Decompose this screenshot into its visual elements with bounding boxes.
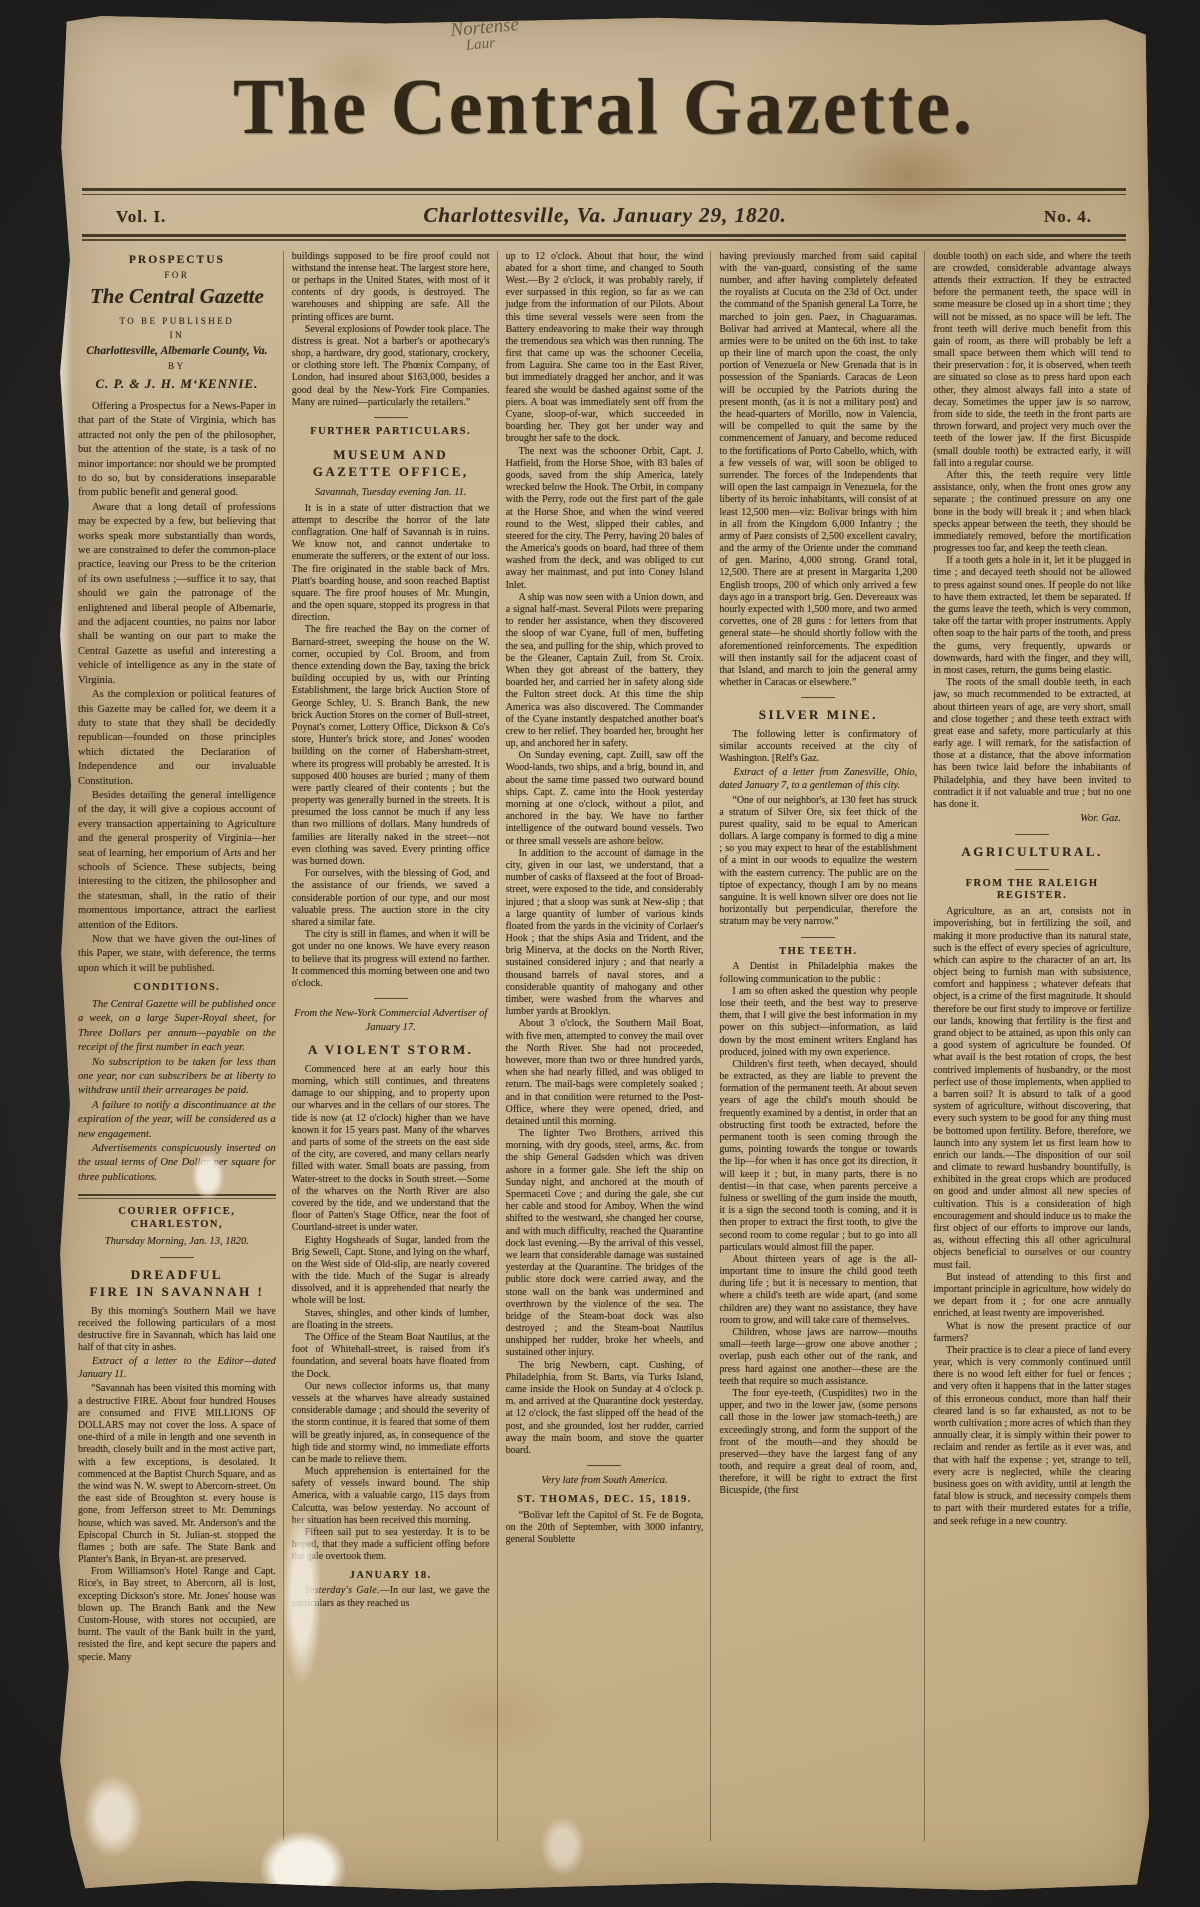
article-byline: Extract of a letter to the Editor—dated … [78, 1356, 276, 1381]
article-paragraph: It is in a state of utter distraction th… [292, 503, 490, 625]
article-paragraph: The next was the schooner Orbit, Capt. J… [506, 446, 704, 592]
article-heading: AGRICULTURAL. [933, 843, 1131, 861]
article-paragraph: On Sunday evening, capt. Zuill, saw off … [506, 750, 704, 848]
article-columns: PROSPECTUSFORThe Central GazetteTO BE PU… [70, 251, 1138, 1841]
column-5: double tooth) on each side, and where th… [924, 251, 1138, 1841]
article-heading: Charlottesville, Albemarle County, Va. [78, 344, 276, 358]
article-subheading: ST. THOMAS, DEC. 15, 1819. [506, 1494, 704, 1507]
article-heading: SILVER MINE. [719, 706, 917, 724]
article-paragraph: Agriculture, as an art, consists not in … [933, 906, 1131, 1272]
article-paragraph: A failure to notify a discontinuance at … [78, 1099, 276, 1142]
column-3: up to 12 o'clock. About that hour, the w… [497, 251, 711, 1841]
article-byline: From the New-York Commercial Advertiser … [292, 1007, 490, 1034]
article-paragraph: Besides detailing the general intelligen… [78, 789, 276, 933]
article-paragraph: The fire reached the Bay on the corner o… [292, 624, 490, 868]
column-4: having previously marched from said capi… [710, 251, 924, 1841]
article-paragraph: About 3 o'clock, the Southern Mail Boat,… [506, 1018, 704, 1128]
article-subheading: JANUARY 18. [292, 1570, 490, 1583]
article-paragraph: Now that we have given the out-lines of … [78, 933, 276, 976]
section-divider [78, 1194, 276, 1199]
article-heading: A VIOLENT STORM. [292, 1041, 490, 1059]
section-divider [801, 937, 835, 938]
prospectus-title: The Central Gazette [78, 284, 276, 310]
masthead: The Central Gazette. Vol. I. Charlottesv… [58, 66, 1150, 241]
article-heading: TO BE PUBLISHED [78, 316, 276, 327]
article-paragraph: As the complexion or political features … [78, 688, 276, 789]
section-divider [1015, 834, 1049, 835]
handwritten-line: Laur [465, 34, 521, 54]
section-divider [374, 998, 408, 999]
article-paragraph: The Office of the Steam Boat Nautilus, a… [292, 1332, 490, 1381]
article-paragraph: Our news collector informs us, that many… [292, 1381, 490, 1466]
article-subheading: THE TEETH. [719, 946, 917, 959]
section-divider [160, 1257, 194, 1258]
article-subheading: COURIER OFFICE, CHARLESTON, [78, 1206, 276, 1232]
article-byline: Extract of a letter from Zanesville, Ohi… [719, 767, 917, 792]
masthead-rule [82, 234, 1126, 241]
article-heading: PROSPECTUS [78, 253, 276, 267]
article-paragraph: The four eye-teeth, (Cuspidites) two in … [719, 1388, 917, 1498]
article-paragraph: Advertisements conspicuously inserted on… [78, 1142, 276, 1185]
article-paragraph: Staves, shingles, and other kinds of lum… [292, 1308, 490, 1332]
article-paragraph: Several explosions of Powder took place.… [292, 324, 490, 409]
article-paragraph: About thirteen years of age is the all-i… [719, 1254, 917, 1327]
article-paragraph: The brig Newbern, capt. Cushing, of Phil… [506, 1360, 704, 1458]
article-paragraph: “Bolivar left the Capitol of St. Fe de B… [506, 1510, 704, 1547]
column-1: PROSPECTUSFORThe Central GazetteTO BE PU… [70, 251, 283, 1841]
article-paragraph: For ourselves, with the blessing of God,… [292, 868, 490, 929]
article-paragraph: If a tooth gets a hole in it, let it be … [933, 555, 1131, 677]
article-heading: BY [78, 361, 276, 372]
masthead-rule [82, 188, 1126, 195]
section-divider [587, 1465, 621, 1466]
article-subheading: CONDITIONS. [78, 982, 276, 995]
article-subheading: FURTHER PARTICULARS. [292, 426, 490, 439]
column-2: buildings supposed to be fire proof coul… [283, 251, 497, 1841]
scan-background: Nortense Laur The Central Gazette. Vol. … [0, 0, 1200, 1907]
section-divider [801, 697, 835, 698]
dateline-row: Vol. I. Charlottesville, Va. January 29,… [76, 195, 1132, 234]
article-paragraph: having previously marched from said capi… [719, 251, 917, 690]
article-paragraph: A Dentist in Philadelphia makes the foll… [719, 961, 917, 985]
article-paragraph: Children's first teeth, when decayed, sh… [719, 1059, 917, 1254]
article-paragraph: Aware that a long detail of professions … [78, 501, 276, 688]
issue-number: No. 4. [1044, 207, 1092, 227]
article-heading: IN [78, 330, 276, 341]
article-paragraph: “One of our neighbor's, at 130 feet has … [719, 795, 917, 929]
article-paragraph: “Savannah has been visited this morning … [78, 1383, 276, 1566]
article-paragraph: Much apprehension is entertained for the… [292, 1466, 490, 1527]
article-heading: MUSEUM AND GAZETTE OFFICE, [292, 446, 490, 481]
publisher-name: C. P. & J. H. M‘KENNIE. [78, 376, 276, 392]
article-paragraph: Their practice is to clear a piece of la… [933, 1345, 1131, 1528]
article-paragraph: But instead of attending to this first a… [933, 1272, 1131, 1321]
article-paragraph: The Central Gazette will be published on… [78, 998, 276, 1056]
article-paragraph: Offering a Prospectus for a News-Paper i… [78, 400, 276, 501]
article-paragraph: From Williamson's Hotel Range and Capt. … [78, 1566, 276, 1664]
article-paragraph: The lighter Two Brothers, arrived this m… [506, 1128, 704, 1360]
article-attribution: Wor. Gaz. [933, 813, 1131, 826]
article-paragraph: buildings supposed to be fire proof coul… [292, 251, 490, 324]
dateline: Charlottesville, Va. January 29, 1820. [423, 203, 787, 228]
article-paragraph: Eighty Hogsheads of Sugar, landed from t… [292, 1235, 490, 1308]
article-byline: Very late from South America. [506, 1474, 704, 1488]
section-divider [1015, 869, 1049, 870]
article-paragraph: The city is still in flames, and when it… [292, 929, 490, 990]
article-paragraph: By this morning's Southern Mail we have … [78, 1306, 276, 1355]
article-paragraph: Children, whose jaws are narrow—mouths s… [719, 1327, 917, 1388]
article-paragraph: Commenced here at an early hour this mor… [292, 1064, 490, 1235]
volume-label: Vol. I. [116, 207, 166, 227]
article-heading: FOR [78, 270, 276, 281]
article-paragraph: No subscription to be taken for less tha… [78, 1056, 276, 1099]
newspaper-page: Nortense Laur The Central Gazette. Vol. … [58, 16, 1150, 1892]
article-paragraph: A ship was now seen with a Union down, a… [506, 592, 704, 750]
section-divider [374, 417, 408, 418]
article-subheading: FROM THE RALEIGH REGISTER. [933, 878, 1131, 904]
handwritten-inscription: Nortense Laur [450, 15, 521, 55]
article-heading: DREADFULFIRE IN SAVANNAH ! [78, 1266, 276, 1301]
article-paragraph: Fifteen sail put to sea yesterday. It is… [292, 1527, 490, 1564]
article-paragraph: After this, the teeth require very littl… [933, 470, 1131, 555]
article-paragraph: Yesterday's Gale.—In our last, we gave t… [292, 1585, 490, 1609]
article-byline: Thursday Morning, Jan. 13, 1820. [78, 1235, 276, 1249]
newspaper-title: The Central Gazette. [76, 64, 1132, 152]
article-paragraph: The roots of the small double teeth, in … [933, 677, 1131, 811]
article-paragraph: I am so often asked the question why peo… [719, 986, 917, 1059]
article-paragraph: The following letter is confirmatory of … [719, 729, 917, 766]
article-paragraph: up to 12 o'clock. About that hour, the w… [506, 251, 704, 446]
article-paragraph: In addition to the account of damage in … [506, 848, 704, 1019]
article-byline: Savannah, Tuesday evening Jan. 11. [292, 486, 490, 500]
article-paragraph: double tooth) on each side, and where th… [933, 251, 1131, 470]
article-paragraph: What is now the present practice of our … [933, 1321, 1131, 1345]
